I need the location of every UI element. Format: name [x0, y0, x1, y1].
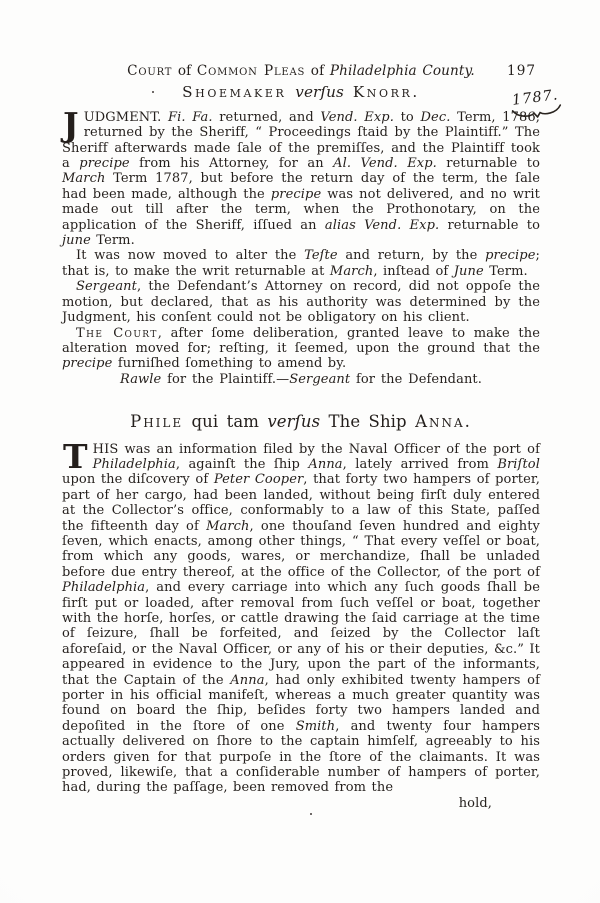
text-run: to: [394, 110, 421, 125]
text-run: Dec.: [421, 110, 451, 125]
header-of-2: of: [305, 63, 330, 79]
header-county: Philadelphia County.: [330, 63, 475, 79]
text-run: returnable to: [439, 218, 540, 233]
title-versus: verſus: [267, 412, 320, 431]
text-run: precipe: [485, 248, 535, 263]
text-block: Court of Common Pleas of Philadelphia Co…: [62, 64, 540, 811]
text-run: for the Defendant.: [350, 372, 482, 387]
text-run: UDGMENT.: [84, 110, 168, 125]
title-defendant: Knorr.: [353, 83, 420, 101]
text-run: and return, by the: [338, 248, 485, 263]
information-paragraph: THIS was an information filed by the Nav…: [62, 442, 540, 796]
case-title-shoemaker-v-knorr: Shoemaker verſus Knorr.: [62, 85, 540, 100]
judgment-paragraph: JUDGMENT. Fi. Fa. returned, and Vend. Ex…: [62, 110, 540, 249]
court-ruling-paragraph: The Court, after ſome deliberation, gran…: [62, 326, 540, 372]
text-run: Anna: [308, 457, 342, 472]
text-run: HIS was an information filed by the Nava…: [93, 442, 540, 457]
text-run: Fi. Fa.: [168, 110, 213, 125]
header-court: Court: [127, 63, 172, 79]
text-run: , and every carriage into which any ſuch…: [62, 580, 540, 687]
title-plaintiff: Shoemaker: [182, 83, 286, 101]
text-run: Briſtol: [497, 457, 540, 472]
text-run: Anna: [230, 673, 264, 688]
text-run: Sergeant: [289, 372, 350, 387]
text-run: March: [62, 171, 105, 186]
title-qui-tam: qui tam: [183, 412, 267, 431]
text-run: precipe: [62, 356, 112, 371]
text-run: June: [454, 264, 484, 279]
header-of: of: [172, 63, 197, 79]
running-header: Court of Common Pleas of Philadelphia Co…: [62, 64, 540, 79]
text-run: The Court: [76, 326, 158, 341]
text-run: It was now moved to alter the: [76, 248, 304, 263]
text-run: Term.: [484, 264, 528, 279]
page-number: 197: [507, 64, 536, 79]
text-run: Philadelphia: [62, 580, 145, 595]
dropcap-J: J: [62, 110, 84, 138]
text-run: furniſhed ſomething to amend by.: [112, 356, 346, 371]
text-run: March: [206, 519, 249, 534]
text-run: , againſt the ſhip: [176, 457, 309, 472]
text-run: March: [330, 264, 373, 279]
title-the-ship: The Ship: [320, 412, 415, 431]
scanned-document-page: 1787. Court of Common Pleas of Philadelp…: [0, 0, 600, 903]
motion-paragraph: It was now moved to alter the Teſte and …: [62, 248, 540, 279]
text-run: precipe: [79, 156, 129, 171]
dropcap-T: T: [62, 442, 93, 470]
text-run: , lately arrived from: [343, 457, 498, 472]
header-common-pleas: Common Pleas: [197, 63, 305, 79]
catchword: hold,: [62, 796, 540, 811]
text-run: , inſtead of: [373, 264, 453, 279]
sergeant-paragraph: Sergeant, the Defendant’s Attorney on re…: [62, 279, 540, 325]
text-run: returnable to: [437, 156, 540, 171]
text-run: Vend. Exp.: [320, 110, 394, 125]
text-run: Term.: [91, 233, 135, 248]
text-run: upon the diſcovery of: [62, 472, 214, 487]
text-run: Philadelphia: [93, 457, 176, 472]
text-run: Sergeant: [76, 279, 137, 294]
text-run: Rawle: [120, 372, 161, 387]
text-run: alias Vend. Exp.: [325, 218, 439, 233]
text-run: precipe: [271, 187, 321, 202]
text-run: Smith: [296, 719, 336, 734]
text-run: from his Attorney, for an: [130, 156, 333, 171]
title-versus: verſus: [286, 83, 352, 101]
counsel-line: Rawle for the Plaintiff.—Sergeant for th…: [62, 372, 540, 387]
text-run: for the Plaintiff.—: [161, 372, 289, 387]
text-run: returned, and: [213, 110, 321, 125]
text-run: Teſte: [304, 248, 338, 263]
case-title-phile-v-ship-anna: Phile qui tam verſus The Ship Anna.: [62, 414, 540, 429]
paper-speck: [310, 813, 312, 815]
text-run: Peter Cooper: [214, 472, 303, 487]
text-run: Al. Vend. Exp.: [333, 156, 437, 171]
title-defendant: Anna.: [415, 412, 472, 431]
title-plaintiff: Phile: [130, 412, 183, 431]
text-run: june: [62, 233, 91, 248]
